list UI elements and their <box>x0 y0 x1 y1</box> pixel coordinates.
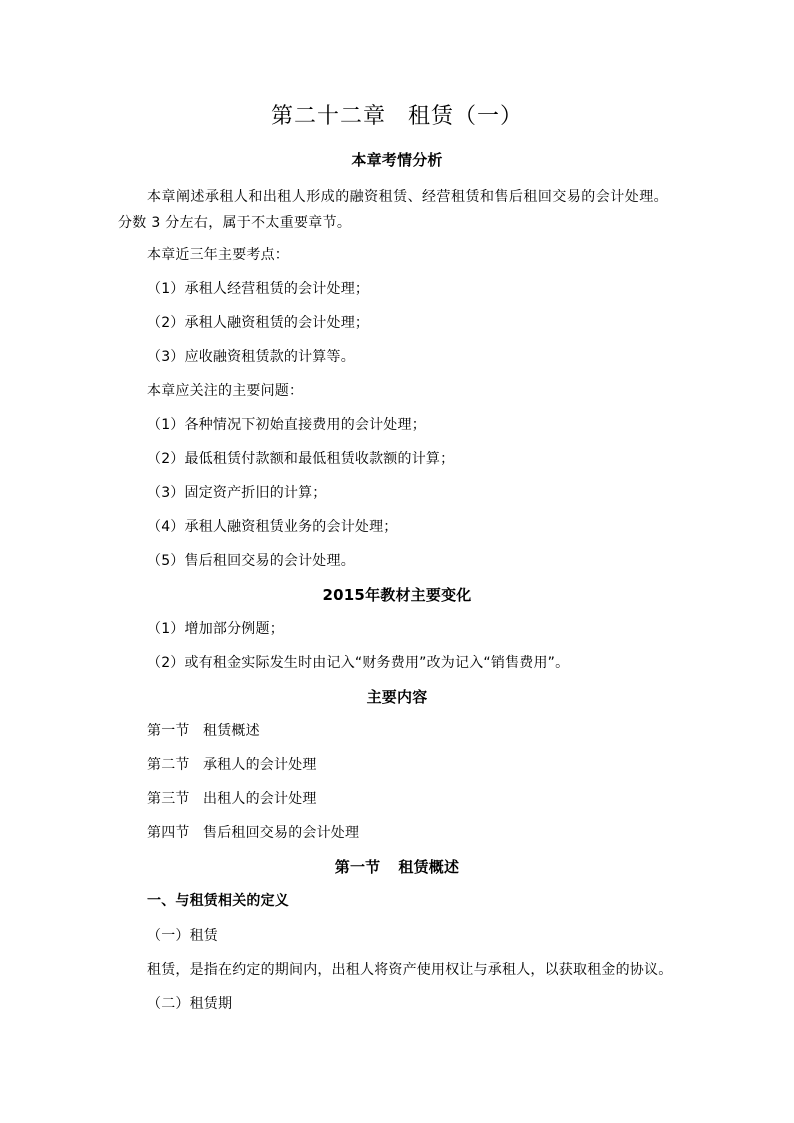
analysis-heading: 本章考情分析 <box>0 150 794 170</box>
focus-item: （2）最低租赁付款额和最低租赁收款额的计算； <box>147 449 454 469</box>
focus-item: （4）承租人融资租赁业务的会计处理； <box>147 517 398 537</box>
section1-title: 租赁概述 <box>398 858 459 876</box>
toc-section-number: 第三节 <box>147 789 203 809</box>
definition-label: （一）租赁 <box>147 926 218 946</box>
key-point-item: （1）承租人经营租赁的会计处理； <box>147 279 369 299</box>
toc-section-title: 承租人的会计处理 <box>203 757 317 773</box>
section1-subheading: 一、与租赁相关的定义 <box>147 891 289 911</box>
definition-label: （二）租赁期 <box>147 994 232 1014</box>
toc-entry: 第三节出租人的会计处理 <box>147 789 317 809</box>
section1-number: 第一节 <box>335 858 381 876</box>
definition-text: 租赁，是指在约定的期间内，出租人将资产使用权让与承租人，以获取租金的协议。 <box>147 960 672 980</box>
chapter-number: 第二十二章 <box>271 104 386 129</box>
change-item: （2）或有租金实际发生时由记入“财务费用”改为记入“销售费用”。 <box>147 653 569 673</box>
focus-label: 本章应关注的主要问题： <box>147 381 303 401</box>
contents-heading: 主要内容 <box>0 687 794 707</box>
focus-item: （3）固定资产折旧的计算； <box>147 483 327 503</box>
toc-section-title: 出租人的会计处理 <box>203 791 317 807</box>
toc-section-title: 售后租回交易的会计处理 <box>203 825 359 841</box>
focus-item: （5）售后租回交易的会计处理。 <box>147 551 355 571</box>
toc-section-title: 租赁概述 <box>203 723 260 739</box>
focus-item: （1）各种情况下初始直接费用的会计处理； <box>147 415 426 435</box>
changes-heading: 2015年教材主要变化 <box>0 585 794 605</box>
toc-entry: 第二节承租人的会计处理 <box>147 755 317 775</box>
toc-section-number: 第一节 <box>147 721 203 741</box>
analysis-intro: 本章阐述承租人和出租人形成的融资租赁、经营租赁和售后租回交易的会计处理。分数 3… <box>118 184 668 236</box>
section1-heading: 第一节租赁概述 <box>0 857 794 877</box>
toc-section-number: 第四节 <box>147 823 203 843</box>
key-point-item: （3）应收融资租赁款的计算等。 <box>147 347 355 367</box>
chapter-title: 第二十二章租赁（一） <box>0 102 794 132</box>
toc-entry: 第一节租赁概述 <box>147 721 260 741</box>
toc-entry: 第四节售后租回交易的会计处理 <box>147 823 359 843</box>
chapter-name: 租赁（一） <box>408 104 523 129</box>
key-points-label: 本章近三年主要考点： <box>147 245 289 265</box>
document-page: 第二十二章租赁（一） 本章考情分析 本章阐述承租人和出租人形成的融资租赁、经营租… <box>0 0 794 1123</box>
key-point-item: （2）承租人融资租赁的会计处理； <box>147 313 369 333</box>
toc-section-number: 第二节 <box>147 755 203 775</box>
change-item: （1）增加部分例题； <box>147 619 284 639</box>
